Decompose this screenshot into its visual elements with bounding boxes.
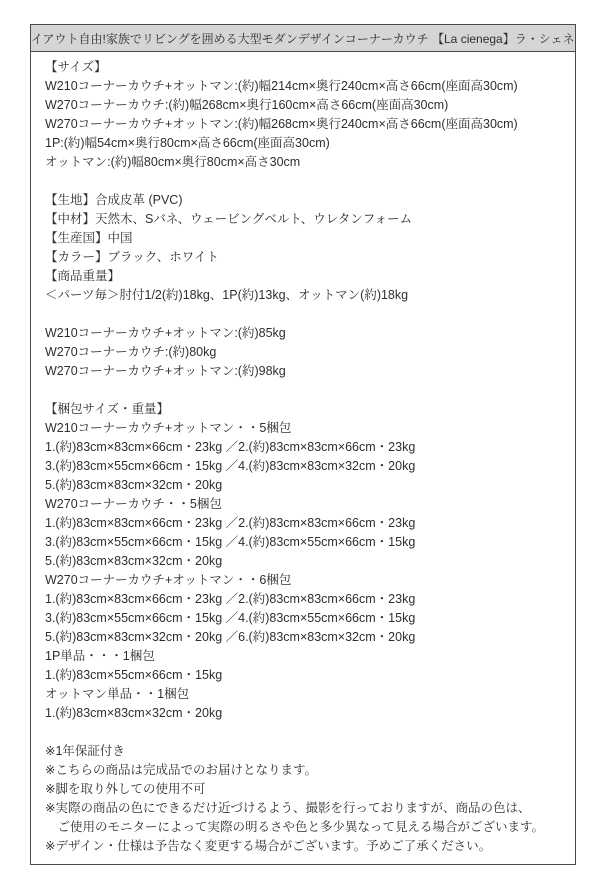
package-line: 3.(約)83cm×55cm×66cm・15kg ／4.(約)83cm×83cm… [45, 457, 561, 476]
package-line: 1.(約)83cm×83cm×66cm・23kg ／2.(約)83cm×83cm… [45, 438, 561, 457]
package-line: 5.(約)83cm×83cm×32cm・20kg ／6.(約)83cm×83cm… [45, 628, 561, 647]
note-line-indented: ご使用のモニターによって実際の明るさや色と多少異なって見える場合がございます。 [45, 818, 561, 837]
package-line: W270コーナーカウチ+オットマン・・6梱包 [45, 571, 561, 590]
material-line: 【中材】天然木、Sバネ、ウェービングベルト、ウレタンフォーム [45, 210, 561, 229]
section-heading-size: 【サイズ】 [45, 58, 561, 77]
product-title: レイアウト自由!家族でリビングを囲める大型モダンデザインコーナーカウチ 【La … [31, 30, 575, 47]
note-line: ※実際の商品の色にできるだけ近づけるよう、撮影を行っておりますが、商品の色は、 [45, 799, 561, 818]
weight-line: W270コーナーカウチ+オットマン:(約)98kg [45, 362, 561, 381]
size-line: W270コーナーカウチ:(約)幅268cm×奥行160cm×高さ66cm(座面高… [45, 96, 561, 115]
package-line: 5.(約)83cm×83cm×32cm・20kg [45, 476, 561, 495]
package-line: 1.(約)83cm×55cm×66cm・15kg [45, 666, 561, 685]
section-heading-weight: 【商品重量】 [45, 267, 561, 286]
package-line: オットマン単品・・1梱包 [45, 685, 561, 704]
weight-line: W210コーナーカウチ+オットマン:(約)85kg [45, 324, 561, 343]
note-line: ※こちらの商品は完成品でのお届けとなります。 [45, 761, 561, 780]
package-line: 1.(約)83cm×83cm×66cm・23kg ／2.(約)83cm×83cm… [45, 590, 561, 609]
product-spec-panel: レイアウト自由!家族でリビングを囲める大型モダンデザインコーナーカウチ 【La … [30, 24, 576, 865]
fabric-line: 【生地】合成皮革 (PVC) [45, 191, 561, 210]
spacer-line [45, 723, 561, 742]
package-line: 1.(約)83cm×83cm×66cm・23kg ／2.(約)83cm×83cm… [45, 514, 561, 533]
color-line: 【カラー】ブラック、ホワイト [45, 248, 561, 267]
weight-line: W270コーナーカウチ:(約)80kg [45, 343, 561, 362]
package-line: W210コーナーカウチ+オットマン・・5梱包 [45, 419, 561, 438]
spacer-line [45, 381, 561, 400]
spec-content: 【サイズ】 W210コーナーカウチ+オットマン:(約)幅214cm×奥行240c… [31, 52, 575, 864]
note-line: ※デザイン・仕様は予告なく変更する場合がございます。予めご了承ください。 [45, 837, 561, 856]
package-line: 5.(約)83cm×83cm×32cm・20kg [45, 552, 561, 571]
package-line: 1.(約)83cm×83cm×32cm・20kg [45, 704, 561, 723]
product-title-bar: レイアウト自由!家族でリビングを囲める大型モダンデザインコーナーカウチ 【La … [31, 25, 575, 52]
section-heading-package: 【梱包サイズ・重量】 [45, 400, 561, 419]
package-line: 3.(約)83cm×55cm×66cm・15kg ／4.(約)83cm×55cm… [45, 533, 561, 552]
spacer-line [45, 172, 561, 191]
weight-parts-line: ＜パーツ毎＞肘付1/2(約)18kg、1P(約)13kg、オットマン(約)18k… [45, 286, 561, 305]
package-line: 1P単品・・・1梱包 [45, 647, 561, 666]
package-line: W270コーナーカウチ・・5梱包 [45, 495, 561, 514]
package-line: 3.(約)83cm×55cm×66cm・15kg ／4.(約)83cm×55cm… [45, 609, 561, 628]
country-line: 【生産国】中国 [45, 229, 561, 248]
spacer-line [45, 305, 561, 324]
size-line: オットマン:(約)幅80cm×奥行80cm×高さ30cm [45, 153, 561, 172]
note-line: ※1年保証付き [45, 742, 561, 761]
note-line: ※脚を取り外しての使用不可 [45, 780, 561, 799]
size-line: 1P:(約)幅54cm×奥行80cm×高さ66cm(座面高30cm) [45, 134, 561, 153]
size-line: W270コーナーカウチ+オットマン:(約)幅268cm×奥行240cm×高さ66… [45, 115, 561, 134]
size-line: W210コーナーカウチ+オットマン:(約)幅214cm×奥行240cm×高さ66… [45, 77, 561, 96]
